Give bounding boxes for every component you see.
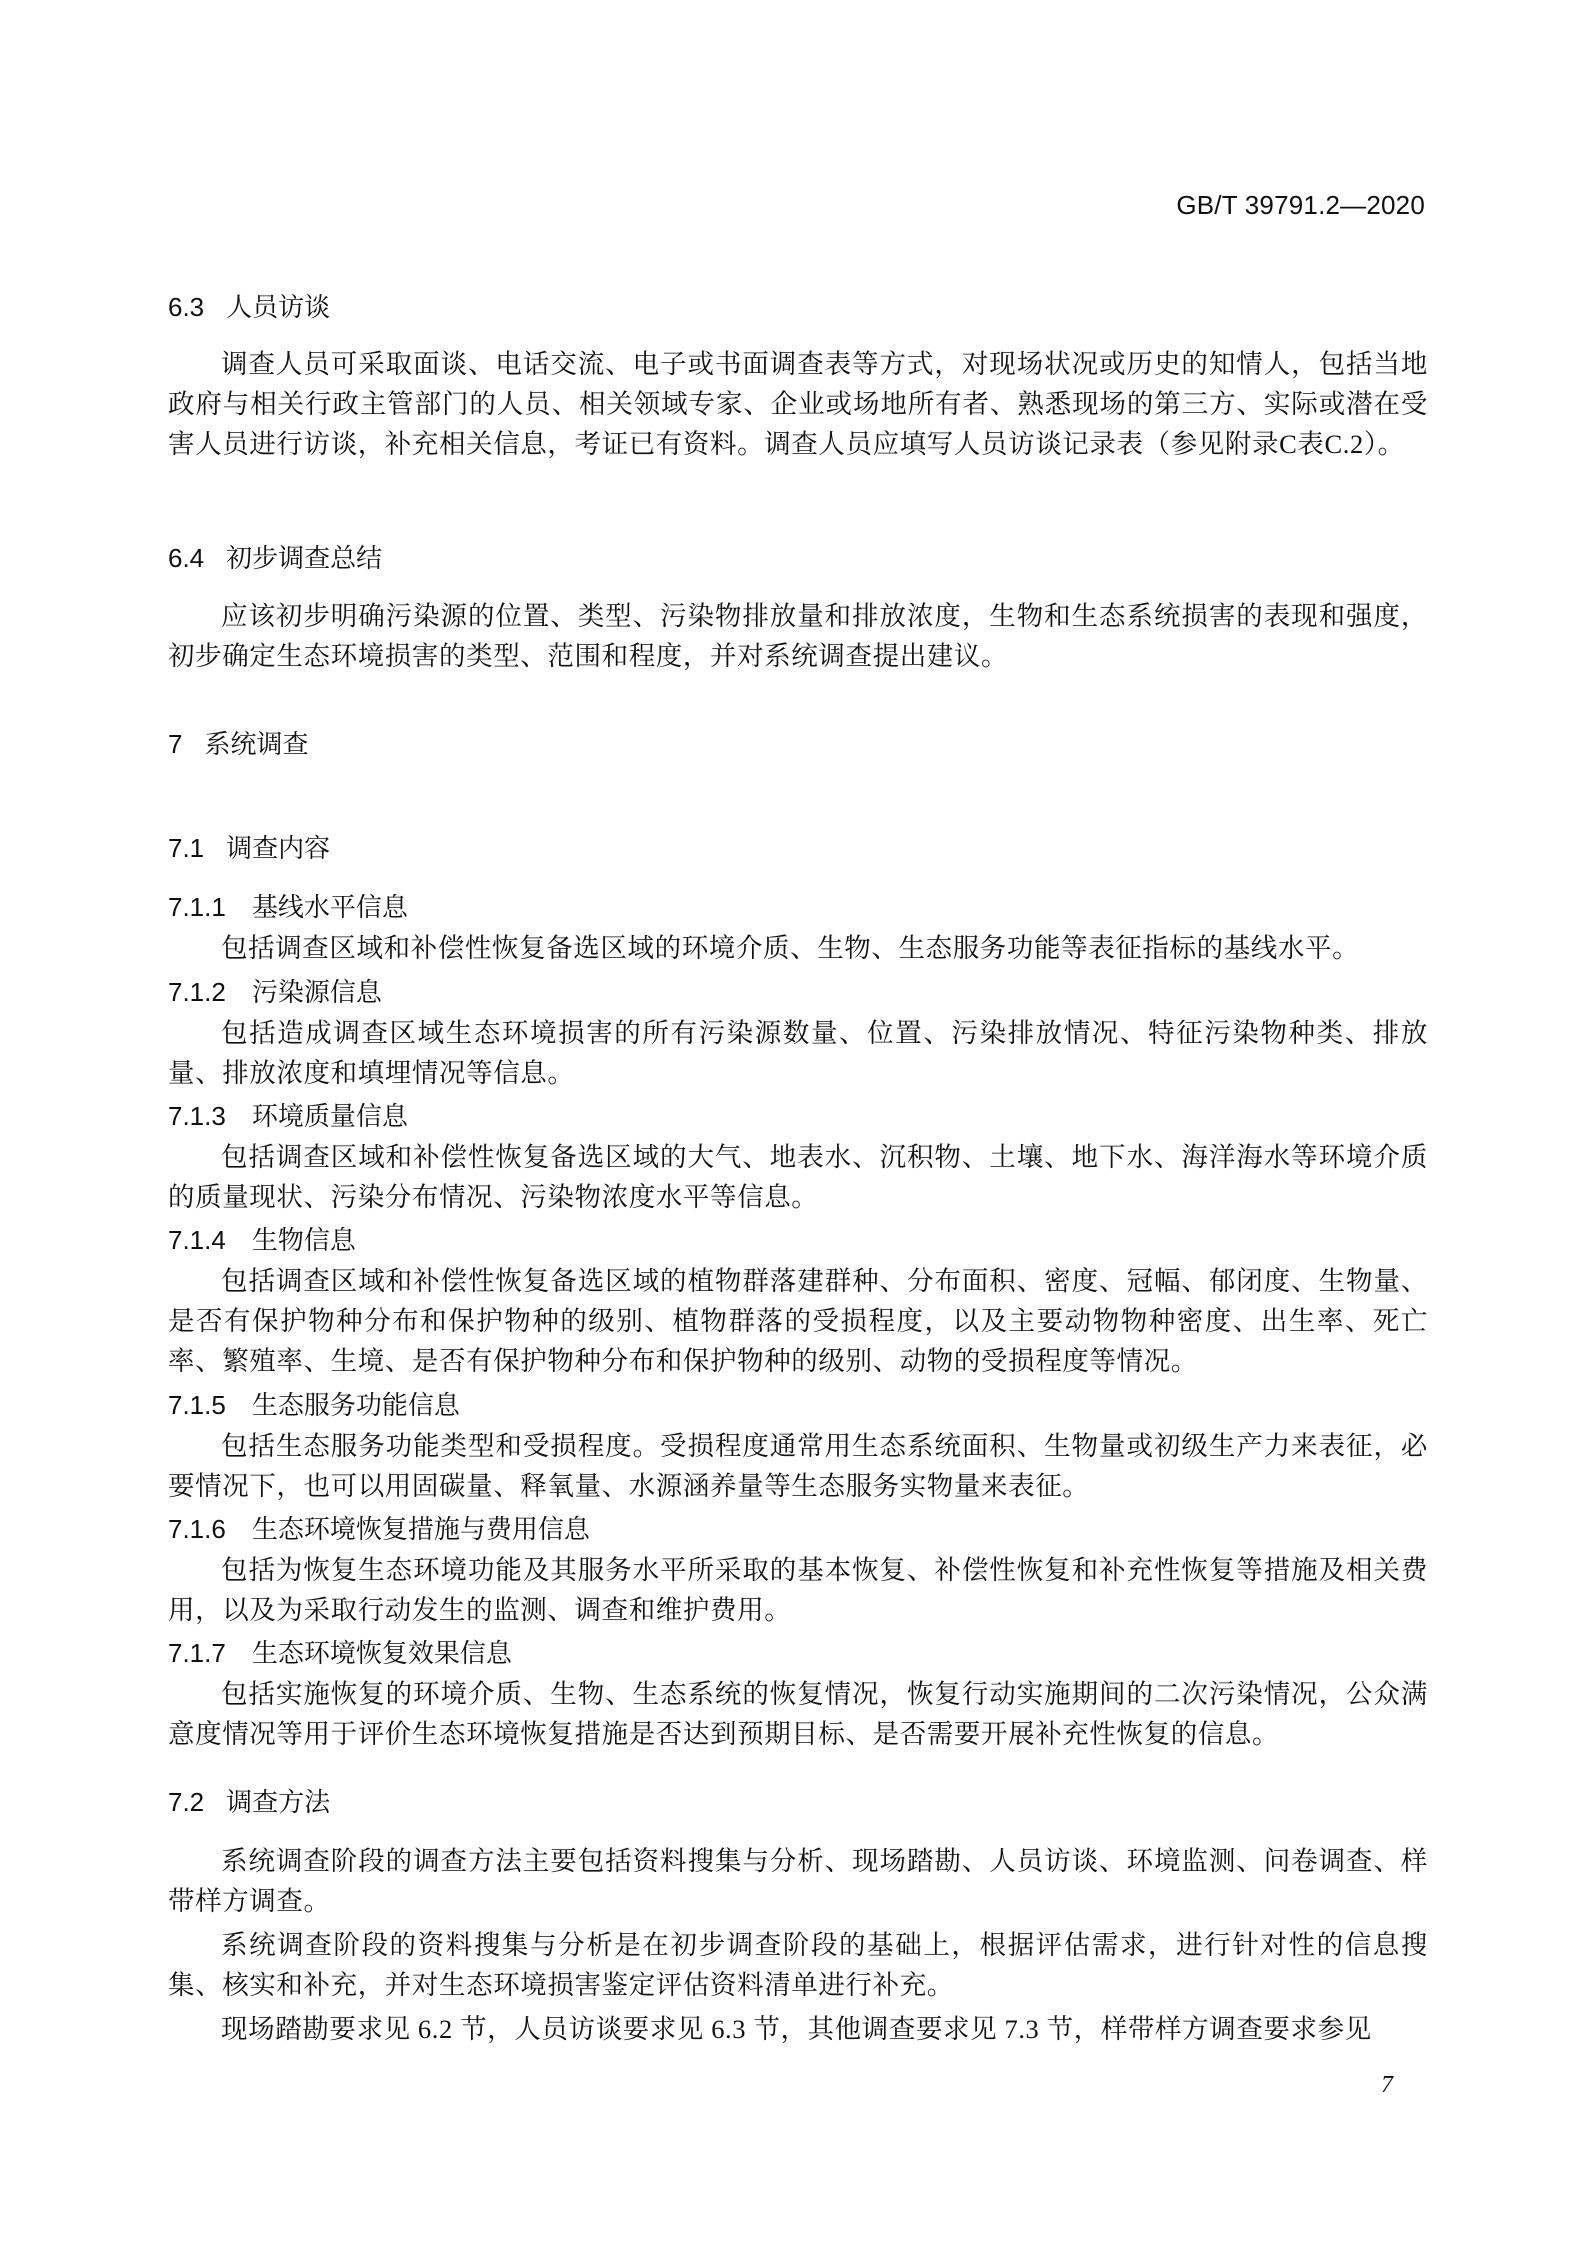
section-title: 系统调查 (204, 729, 308, 759)
section-title: 生态环境恢复措施与费用信息 (252, 1514, 590, 1544)
section-number: 7.1.1 (168, 887, 226, 927)
paragraph: 系统调查阶段的资料搜集与分析是在初步调查阶段的基础上，根据评估需求，进行针对性的… (168, 1925, 1428, 2005)
section-number: 7.1.7 (168, 1633, 226, 1673)
section-number: 7.1.3 (168, 1096, 226, 1136)
section-heading-7-2: 7.2调查方法 (168, 1782, 1428, 1822)
section-heading-7-1-5: 7.1.5生态服务功能信息 (168, 1385, 1428, 1425)
section-heading-7-1-3: 7.1.3环境质量信息 (168, 1096, 1428, 1136)
section-heading-7-1: 7.1调查内容 (168, 828, 1428, 868)
paragraph: 包括为恢复生态环境功能及其服务水平所采取的基本恢复、补偿性恢复和补充性恢复等措施… (168, 1550, 1428, 1630)
section-number: 7.1 (168, 828, 204, 868)
section-heading-7-1-1: 7.1.1基线水平信息 (168, 887, 1428, 927)
section-number: 7 (168, 724, 182, 764)
page-number: 7 (1381, 2072, 1393, 2099)
paragraph: 调查人员可采取面谈、电话交流、电子或书面调查表等方式，对现场状况或历史的知情人，… (168, 344, 1428, 464)
standard-number: GB/T 39791.2—2020 (1176, 190, 1425, 221)
paragraph: 系统调查阶段的调查方法主要包括资料搜集与分析、现场踏勘、人员访谈、环境监测、问卷… (168, 1841, 1428, 1921)
section-title: 人员访谈 (226, 292, 330, 322)
section-title: 污染源信息 (252, 977, 382, 1007)
section-title: 调查内容 (226, 833, 330, 863)
paragraph: 包括调查区域和补偿性恢复备选区域的植物群落建群种、分布面积、密度、冠幅、郁闭度、… (168, 1261, 1428, 1381)
paragraph: 包括实施恢复的环境介质、生物、生态系统的恢复情况，恢复行动实施期间的二次污染情况… (168, 1674, 1428, 1754)
section-number: 7.1.5 (168, 1385, 226, 1425)
section-title: 基线水平信息 (252, 892, 408, 922)
section-heading-7-1-4: 7.1.4生物信息 (168, 1220, 1428, 1260)
section-number: 7.1.6 (168, 1509, 226, 1549)
section-title: 生态环境恢复效果信息 (252, 1638, 512, 1668)
paragraph: 包括造成调查区域生态环境损害的所有污染源数量、位置、污染排放情况、特征污染物种类… (168, 1013, 1428, 1093)
section-heading-7-1-2: 7.1.2污染源信息 (168, 972, 1428, 1012)
section-title: 生态服务功能信息 (252, 1390, 460, 1420)
paragraph: 包括调查区域和补偿性恢复备选区域的环境介质、生物、生态服务功能等表征指标的基线水… (168, 928, 1428, 968)
section-heading-6-3: 6.3人员访谈 (168, 287, 1428, 327)
paragraph: 应该初步明确污染源的位置、类型、污染物排放量和排放浓度，生物和生态系统损害的表现… (168, 596, 1428, 676)
paragraph: 包括生态服务功能类型和受损程度。受损程度通常用生态系统面积、生物量或初级生产力来… (168, 1426, 1428, 1506)
section-number: 6.3 (168, 287, 204, 327)
section-heading-7-1-7: 7.1.7生态环境恢复效果信息 (168, 1633, 1428, 1673)
section-heading-6-4: 6.4初步调查总结 (168, 538, 1428, 578)
section-heading-7-1-6: 7.1.6生态环境恢复措施与费用信息 (168, 1509, 1428, 1549)
section-title: 初步调查总结 (226, 543, 382, 573)
section-number: 7.2 (168, 1782, 204, 1822)
paragraph: 现场踏勘要求见 6.2 节，人员访谈要求见 6.3 节，其他调查要求见 7.3 … (168, 2009, 1428, 2049)
section-number: 7.1.2 (168, 972, 226, 1012)
section-heading-7: 7系统调查 (168, 724, 1428, 764)
section-title: 环境质量信息 (252, 1101, 408, 1131)
section-title: 生物信息 (252, 1225, 356, 1255)
paragraph: 包括调查区域和补偿性恢复备选区域的大气、地表水、沉积物、土壤、地下水、海洋海水等… (168, 1137, 1428, 1217)
document-page: GB/T 39791.2—2020 6.3人员访谈 调查人员可采取面谈、电话交流… (0, 0, 1588, 2245)
section-number: 7.1.4 (168, 1220, 226, 1260)
section-title: 调查方法 (226, 1787, 330, 1817)
section-number: 6.4 (168, 538, 204, 578)
